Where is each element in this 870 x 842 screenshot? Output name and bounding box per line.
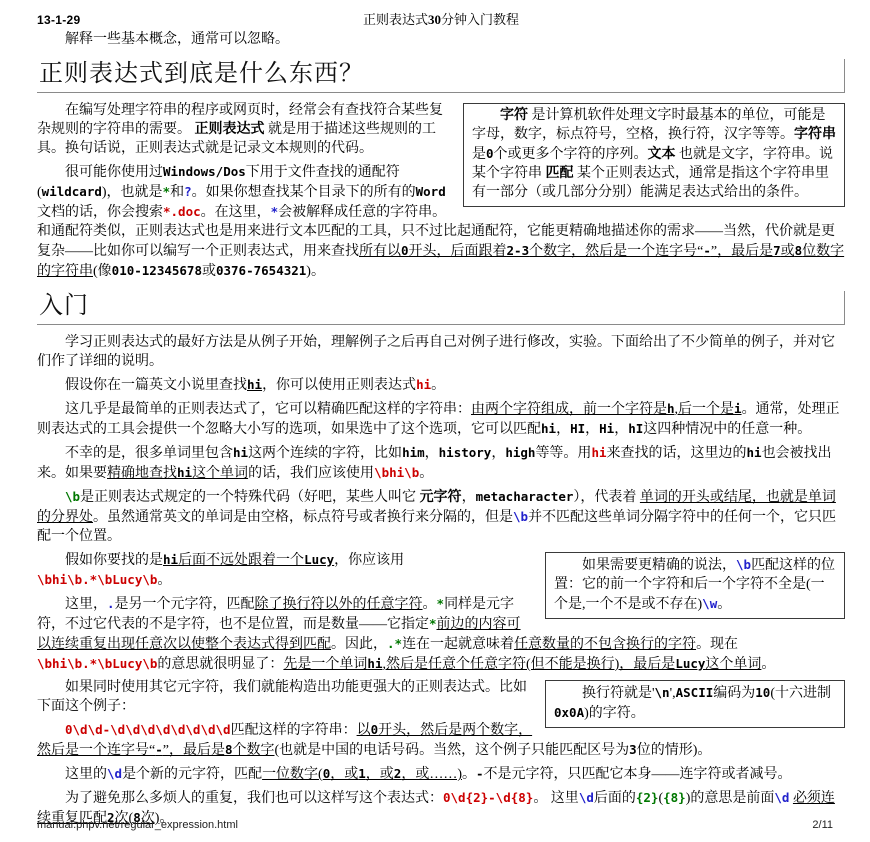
header-title: 正则表达式30分钟入门教程 (37, 10, 845, 29)
section-heading-getting-started: 入门 (37, 291, 845, 325)
section-heading-what-is-regex: 正则表达式到底是什么东西？ (37, 59, 845, 93)
paragraph-3: 学习正则表达式的最好方法是从例子开始，理解例子之后再自己对例子进行修改，实验。下… (37, 333, 845, 371)
footer-page-number: 2/11 (812, 816, 833, 835)
intro-note: 解释一些基本概念，通常可以忽略。 (37, 30, 845, 49)
sidebar-note-word-boundary: 如果需要更精确的说法，\b匹配这样的位置：它的前一个字符和后一个字符不全是(一个… (545, 552, 845, 619)
sidebar-note-characters: 字符 是计算机软件处理文字时最基本的单位，可能是字母，数字，标点符号，空格，换行… (463, 103, 845, 207)
paragraph-6: 不幸的是，很多单词里包含hi这两个连续的字符，比如him，history，hig… (37, 443, 845, 483)
sidebar-note-newline: 换行符就是'\n',ASCII编码为10(十六进制0x0A)的字符。 (545, 680, 845, 728)
paragraph-5: 这几乎是最简单的正则表达式了，它可以精确匹配这样的字符串：由两个字符组成，前一个… (37, 399, 845, 439)
footer-url: manual.phpv.net/regular_expression.html (37, 819, 238, 831)
page-header: 13-1-29 正则表达式30分钟入门教程 (37, 10, 845, 28)
paragraph-12: 这里的\d是个新的元字符，匹配一位数字(0，或1，或2，或……)。-不是元字符，… (37, 764, 845, 784)
paragraph-4: 假设你在一篇英文小说里查找hi，你可以使用正则表达式hi。 (37, 375, 845, 395)
document-page: 13-1-29 正则表达式30分钟入门教程 解释一些基本概念，通常可以忽略。 正… (0, 0, 870, 842)
document-content: 解释一些基本概念，通常可以忽略。 正则表达式到底是什么东西？ 字符 是计算机软件… (0, 0, 870, 828)
page-footer: manual.phpv.net/regular_expression.html … (37, 816, 833, 830)
paragraph-7: \b是正则表达式规定的一个特殊代码（好吧，某些人叫它 元字符，metachara… (37, 487, 845, 546)
